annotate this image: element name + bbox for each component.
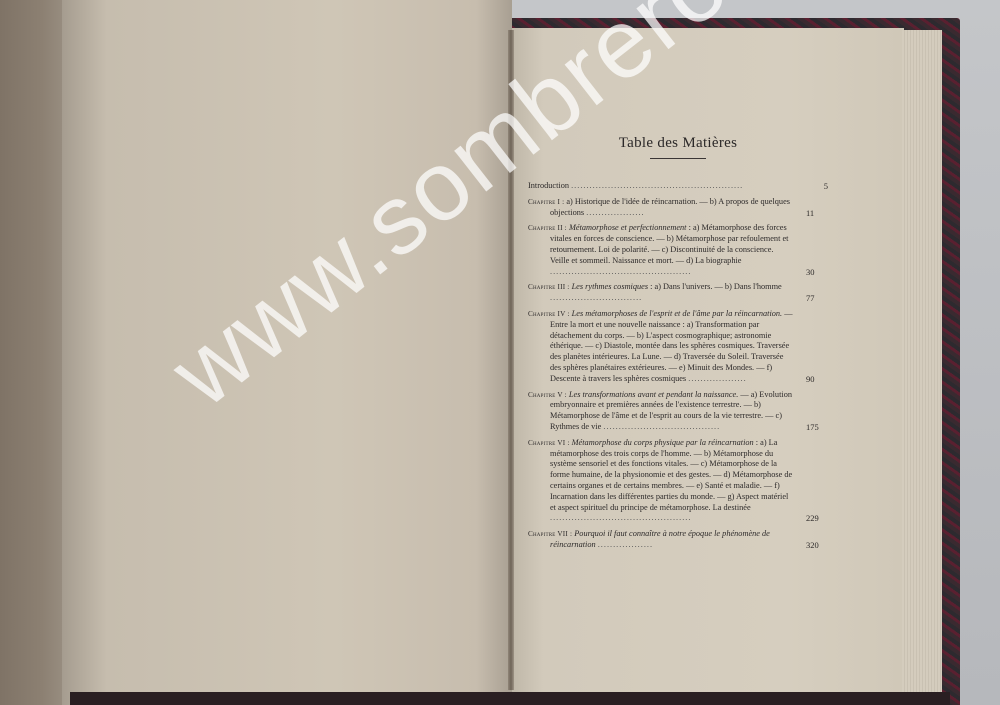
leader-dots: ........................................… xyxy=(550,267,691,276)
leader-dots: ................... xyxy=(586,208,644,217)
chapter-body: : a) Dans l'univers. — b) Dans l'homme xyxy=(650,282,782,291)
page-number: 5 xyxy=(824,181,828,192)
toc-entry-chapter-5: Chapitre V : Les transformations avant e… xyxy=(528,390,828,433)
toc-entry-chapter-4: Chapitre IV : Les métamorphoses de l'esp… xyxy=(528,309,828,385)
leader-dots: .................. xyxy=(598,540,653,549)
chapter-label: Chapitre II : xyxy=(528,224,567,232)
toc-entry-chapter-6: Chapitre VI : Métamorphose du corps phys… xyxy=(528,438,828,524)
entry-label: Introduction xyxy=(528,181,569,190)
left-page-edges xyxy=(0,0,70,705)
right-page-edges xyxy=(902,30,942,692)
toc-entry-chapter-3: Chapitre III : Les rythmes cosmiques : a… xyxy=(528,282,828,304)
chapter-title: Les transformations avant et pendant la … xyxy=(569,390,738,399)
chapter-title: Les métamorphoses de l'esprit et de l'âm… xyxy=(572,309,783,318)
leader-dots: ........................................… xyxy=(550,513,691,522)
book-gutter xyxy=(508,30,514,690)
table-of-contents: Table des Matières Introduction ........… xyxy=(528,135,828,556)
leader-dots: ........................................… xyxy=(571,181,743,190)
chapter-label: Chapitre VII : xyxy=(528,530,572,538)
chapter-title: Métamorphose et perfectionnement xyxy=(569,223,687,232)
chapter-label: Chapitre I : xyxy=(528,198,564,206)
chapter-body: — Entre la mort et une nouvelle naissanc… xyxy=(550,309,793,383)
toc-title: Table des Matières xyxy=(528,135,828,152)
leader-dots: ...................................... xyxy=(603,422,720,431)
chapter-body: : a) La métamorphose des trois corps de … xyxy=(550,438,792,512)
chapter-title: Métamorphose du corps physique par la ré… xyxy=(572,438,754,447)
leader-dots: .............................. xyxy=(550,293,642,302)
chapter-title: Les rythmes cosmiques xyxy=(572,282,649,291)
title-rule xyxy=(650,158,706,159)
chapter-label: Chapitre III : xyxy=(528,283,569,291)
toc-entry-introduction: Introduction ...........................… xyxy=(528,181,828,192)
left-page-blank xyxy=(62,0,512,705)
leader-dots: ................... xyxy=(688,374,746,383)
chapter-title: Pourquoi il faut connaître à notre époqu… xyxy=(550,529,770,549)
chapter-label: Chapitre VI : xyxy=(528,439,570,447)
toc-entry-chapter-2: Chapitre II : Métamorphose et perfection… xyxy=(528,223,828,277)
toc-entry-chapter-7: Chapitre VII : Pourquoi il faut connaîtr… xyxy=(528,529,828,551)
cover-bottom-edge xyxy=(70,692,950,705)
chapter-label: Chapitre V : xyxy=(528,391,567,399)
toc-entry-chapter-1: Chapitre I : a) Historique de l'idée de … xyxy=(528,197,828,219)
chapter-label: Chapitre IV : xyxy=(528,310,570,318)
